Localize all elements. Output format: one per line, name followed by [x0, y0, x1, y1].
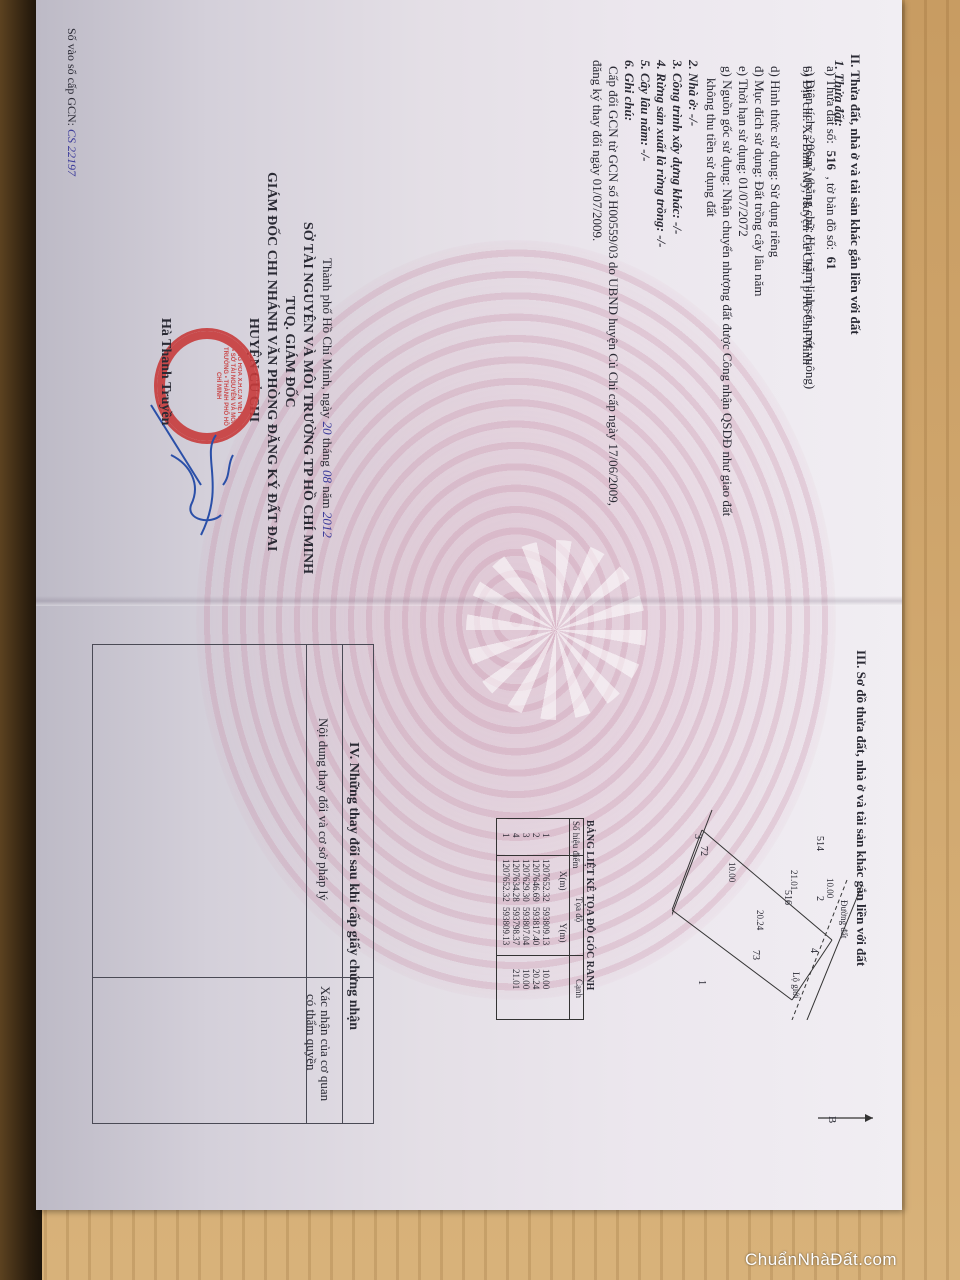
authority-confirmation-header-1: Xác nhận của cơ quan	[318, 986, 333, 1101]
place-date-line: Thành phố Hồ Chí Minh, ngày 20 tháng 08 …	[320, 258, 335, 538]
coord-point: 4	[511, 833, 521, 838]
planted-forest-item: 4. Rừng sản xuất là rừng trồng: -/-	[654, 60, 669, 248]
coord-point: 1	[501, 833, 511, 838]
coord-point: 1	[541, 833, 551, 838]
issuing-org: SỞ TÀI NGUYÊN VÀ MÔI TRƯỜNG TP HỒ CHÍ MI…	[300, 222, 315, 574]
area-label: c) Diện tích:	[803, 66, 818, 131]
coord-x: 1207652.32	[501, 859, 511, 902]
notes-line-2: đăng ký thay đổi ngày 01/07/2009.	[590, 60, 605, 241]
signer-title-1: GIÁM ĐỐC CHI NHÁNH VĂN PHÒNG ĐĂNG KÝ ĐẤT…	[264, 172, 279, 551]
coord-point: 2	[531, 833, 541, 838]
area-row: c) Diện tích: 206m², (bằng chữ: Hai trăm…	[784, 66, 836, 389]
registry-number-row: Số vào sổ cấp GCN: CS 22197	[64, 28, 79, 176]
section4-heading: IV. Những thay đổi sau khi cấp giấy chứn…	[346, 742, 361, 1030]
coord-x: 1207634.28	[511, 859, 521, 902]
north-label: B	[824, 1116, 839, 1123]
tuq-director: TUQ. GIÁM ĐỐC	[282, 296, 297, 408]
coord-x: 1207652.32	[541, 859, 551, 902]
authority-confirmation-header-2: có thẩm quyền	[304, 994, 319, 1071]
usage-origin-line-2: không thu tiền sử dụng đất	[704, 78, 719, 217]
coord-y: 593817.40	[531, 907, 541, 945]
other-construction-item: 3. Công trình xây dựng khác: -/-	[670, 60, 685, 234]
coord-point: 3	[521, 833, 531, 838]
changes-content-header: Nội dung thay đổi và cơ sở pháp lý	[316, 718, 331, 901]
road-boundary-label: Lộ giới	[788, 972, 803, 999]
parcel-number-label: 516	[780, 890, 795, 905]
notes-line-1: Cấp đổi GCN từ GCN số H00559/03 do UBND …	[606, 66, 621, 506]
site-watermark: ChuẩnNhàĐất.com	[745, 1250, 897, 1270]
col-header-y: Y(m)	[555, 923, 570, 943]
coord-y: 593809.13	[541, 907, 551, 945]
coord-edge: 10.00	[521, 969, 531, 989]
coord-edge: 20.24	[531, 969, 541, 989]
issue-day: 20	[320, 422, 335, 435]
vertex-label-4: 4	[806, 948, 821, 953]
coord-y: 593798.37	[511, 907, 521, 945]
road-label: Đường đất	[836, 900, 851, 938]
registry-label: Số vào sổ cấp GCN:	[65, 28, 79, 126]
changes-table-column-divider	[93, 977, 373, 978]
vertex-label-1: 1	[694, 980, 709, 985]
month-label: tháng	[320, 438, 335, 467]
col-header-point: Số hiệu điểm	[571, 821, 581, 869]
issue-month: 08	[320, 470, 335, 483]
col-header-edge: Cạnh	[571, 979, 586, 998]
coord-edge: 10.00	[541, 969, 551, 989]
area-value: 206m², (bằng chữ: Hai trăm linh sáu mét …	[803, 137, 818, 389]
neighbor-72: 72	[696, 846, 711, 856]
page-fold-crease	[36, 596, 902, 606]
coord-y: 593809.13	[501, 907, 511, 945]
neighbor-514: 514	[812, 836, 827, 851]
signer-name: Hà Thanh Truyền	[158, 318, 173, 425]
usage-form-line: d) Hình thức sử dụng: Sử dụng riêng	[768, 66, 783, 257]
edge-length-2: 20.24	[752, 910, 767, 930]
coord-x: 1207629.30	[521, 859, 531, 902]
coord-edge: 21.01	[511, 969, 521, 989]
registry-value: CS 22197	[65, 129, 79, 176]
issue-year: 2012	[320, 512, 335, 538]
coord-x: 1207646.69	[531, 859, 541, 902]
notes-heading: 6. Ghi chú:	[622, 60, 637, 121]
coord-table: Số hiệu điểm Tọa độ X(m) Y(m) Cạnh 11207…	[496, 818, 584, 1020]
edge-length-1: 10.00	[822, 878, 837, 898]
place-date-prefix: Thành phố Hồ Chí Minh, ngày	[320, 258, 335, 418]
perennial-tree-item: 5. Cây lâu năm: -/-	[638, 60, 653, 161]
usage-term-line: e) Thời hạn sử dụng: 01/07/2072	[736, 66, 751, 237]
house-item: 2. Nhà ở: -/-	[686, 60, 701, 126]
edge-length-3: 10.00	[724, 862, 739, 882]
handwritten-signature	[131, 395, 241, 545]
neighbor-73: 73	[748, 950, 763, 960]
col-header-x: X(m)	[555, 871, 570, 891]
section2-heading: II. Thửa đất, nhà ở và tài sản khác gắn …	[848, 54, 863, 335]
usage-origin-line: g) Nguồn gốc sử dụng: Nhận chuyển nhượng…	[720, 66, 735, 516]
usage-purpose-line: đ) Mục đích sử dụng: Đất trồng cây lâu n…	[752, 66, 767, 297]
edge-length-4: 21.01	[786, 870, 801, 890]
drum-star-emblem	[466, 540, 646, 720]
year-label: năm	[320, 486, 335, 508]
land-certificate-page: II. Thửa đất, nhà ở và tài sản khác gắn …	[36, 0, 902, 1210]
vertex-label-3: 3	[690, 834, 705, 839]
coord-y: 593807.04	[521, 907, 531, 945]
col-header-coord: Tọa độ	[571, 897, 586, 922]
